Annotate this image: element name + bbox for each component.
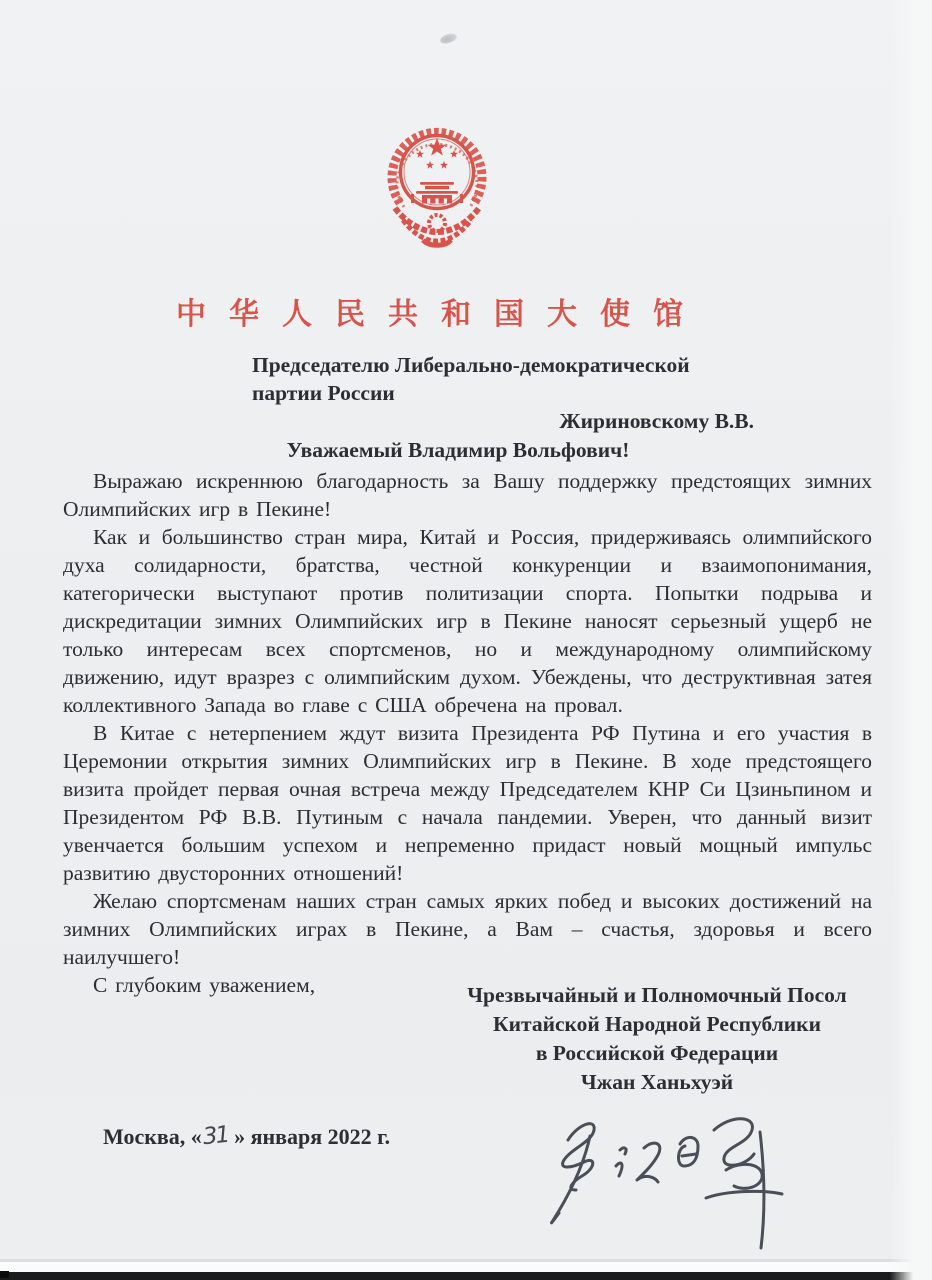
- letter-body: Выражаю искреннюю благодарность за Вашу …: [63, 467, 872, 999]
- body-paragraph: Выражаю искреннюю благодарность за Вашу …: [63, 467, 872, 523]
- dateline: Москва, «31» января 2022 г.: [103, 1124, 390, 1150]
- scan-edge-white-strip: [0, 1262, 932, 1272]
- scan-corner-mark: [0, 1271, 9, 1278]
- signer-title-line: в Российской Федерации: [457, 1039, 857, 1068]
- dateline-suffix: » января 2022 г.: [234, 1124, 390, 1149]
- scan-smudge-artifact: [439, 32, 458, 46]
- handwritten-day: 31: [201, 1122, 229, 1151]
- prc-national-emblem-icon: [383, 119, 491, 255]
- scan-edge-dark-strip: [0, 1272, 932, 1280]
- body-paragraph: Желаю спортсменам наших стран самых ярки…: [63, 887, 872, 971]
- dateline-prefix: Москва, «: [103, 1124, 202, 1149]
- scanned-letter-page: 中华人民共和国大使馆 Председателю Либерально-демок…: [0, 0, 932, 1280]
- recipient-line-1: Председателю Либерально-демократической …: [252, 351, 754, 407]
- body-paragraph: Как и большинство стран мира, Китай и Ро…: [63, 523, 872, 719]
- signature-block: Чрезвычайный и Полномочный Посол Китайск…: [457, 981, 857, 1097]
- handwritten-signature: [532, 1106, 812, 1256]
- signer-title-line: Китайской Народной Республики: [457, 1010, 857, 1039]
- recipient-line-2: Жириновскому В.В.: [252, 407, 754, 435]
- signer-name: Чжан Ханьхуэй: [457, 1068, 857, 1097]
- salutation: Уважаемый Владимир Вольфович!: [63, 438, 853, 463]
- body-paragraph: В Китае с нетерпением ждут визита Презид…: [63, 719, 872, 887]
- signer-title-line: Чрезвычайный и Полномочный Посол: [457, 981, 857, 1010]
- recipient-block: Председателю Либерально-демократической …: [252, 351, 754, 435]
- embassy-name-chinese: 中华人民共和国大使馆: [176, 289, 706, 333]
